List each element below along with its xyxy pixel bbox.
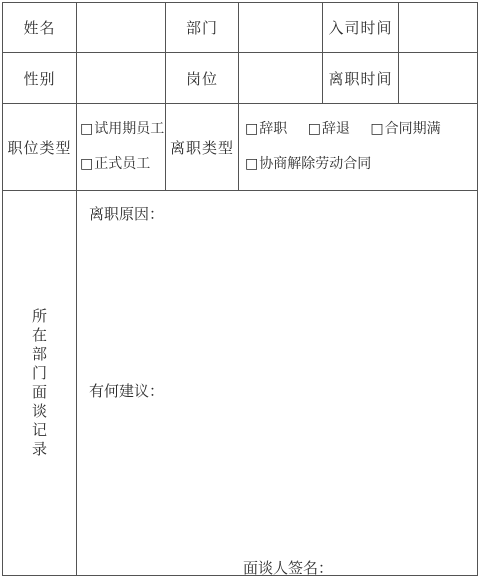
gender-value-cell bbox=[77, 53, 166, 104]
name-label: 姓名 bbox=[3, 3, 77, 53]
interview-section-label: 所在部门面谈记录 bbox=[31, 307, 49, 459]
checkbox-option-probation: □试用期员工 bbox=[80, 112, 165, 147]
row-gender-post-leavedate: 性别 岗位 离职时间 bbox=[3, 53, 478, 104]
checkbox-option-negotiated-termination: □协商解除劳动合同 bbox=[245, 147, 371, 182]
checkbox-label: 正式员工 bbox=[94, 156, 150, 172]
checkbox-icon: □ bbox=[308, 121, 321, 137]
suggestion-label: 有何建议： bbox=[89, 380, 164, 401]
checkbox-label: 协商解除劳动合同 bbox=[259, 156, 371, 172]
checkbox-icon: □ bbox=[370, 121, 383, 137]
interviewer-signature-label: 面谈人签名： bbox=[243, 557, 333, 576]
row-position-and-leave-type: 职位类型 □试用期员工 □正式员工 离职类型 □辞职 □辞退 □合同期满 □协商… bbox=[3, 104, 478, 191]
exit-interview-form-table: 姓名 部门 入司时间 性别 岗位 离职时间 职位类型 □试用期员工 □正式员工 … bbox=[2, 2, 478, 576]
checkbox-option-dismiss: □辞退 bbox=[308, 112, 350, 147]
join-date-value-cell bbox=[399, 3, 478, 53]
join-date-label: 入司时间 bbox=[323, 3, 399, 53]
interview-section-label-cell: 所在部门面谈记录 bbox=[3, 191, 77, 576]
leave-type-label: 离职类型 bbox=[166, 104, 239, 191]
checkbox-icon: □ bbox=[245, 156, 258, 172]
name-value-cell bbox=[77, 3, 166, 53]
checkbox-option-resign: □辞职 bbox=[245, 112, 287, 147]
checkbox-option-contract-expire: □合同期满 bbox=[370, 112, 440, 147]
row-interview-record: 所在部门面谈记录 离职原因： 有何建议： 面谈人签名： bbox=[3, 191, 478, 576]
position-type-label: 职位类型 bbox=[3, 104, 77, 191]
gender-label: 性别 bbox=[3, 53, 77, 104]
checkbox-label: 合同期满 bbox=[385, 121, 441, 137]
department-value-cell bbox=[239, 3, 323, 53]
checkbox-option-regular: □正式员工 bbox=[80, 147, 165, 182]
leave-type-options-line1: □辞职 □辞退 □合同期满 bbox=[245, 112, 477, 147]
leave-type-options-line2: □协商解除劳动合同 bbox=[245, 147, 477, 182]
leave-date-label: 离职时间 bbox=[323, 53, 399, 104]
checkbox-icon: □ bbox=[245, 121, 258, 137]
checkbox-icon: □ bbox=[80, 121, 93, 137]
checkbox-icon: □ bbox=[80, 156, 93, 172]
row-name-dept-joindate: 姓名 部门 入司时间 bbox=[3, 3, 478, 53]
department-label: 部门 bbox=[166, 3, 239, 53]
leave-reason-label: 离职原因： bbox=[89, 203, 164, 224]
interview-record-cell: 离职原因： 有何建议： 面谈人签名： bbox=[77, 191, 478, 576]
checkbox-label: 辞退 bbox=[322, 121, 350, 137]
leave-type-options-cell: □辞职 □辞退 □合同期满 □协商解除劳动合同 bbox=[239, 104, 478, 191]
position-type-options-cell: □试用期员工 □正式员工 bbox=[77, 104, 166, 191]
checkbox-label: 辞职 bbox=[259, 121, 287, 137]
post-value-cell bbox=[239, 53, 323, 104]
post-label: 岗位 bbox=[166, 53, 239, 104]
leave-date-value-cell bbox=[399, 53, 478, 104]
checkbox-label: 试用期员工 bbox=[94, 121, 164, 137]
